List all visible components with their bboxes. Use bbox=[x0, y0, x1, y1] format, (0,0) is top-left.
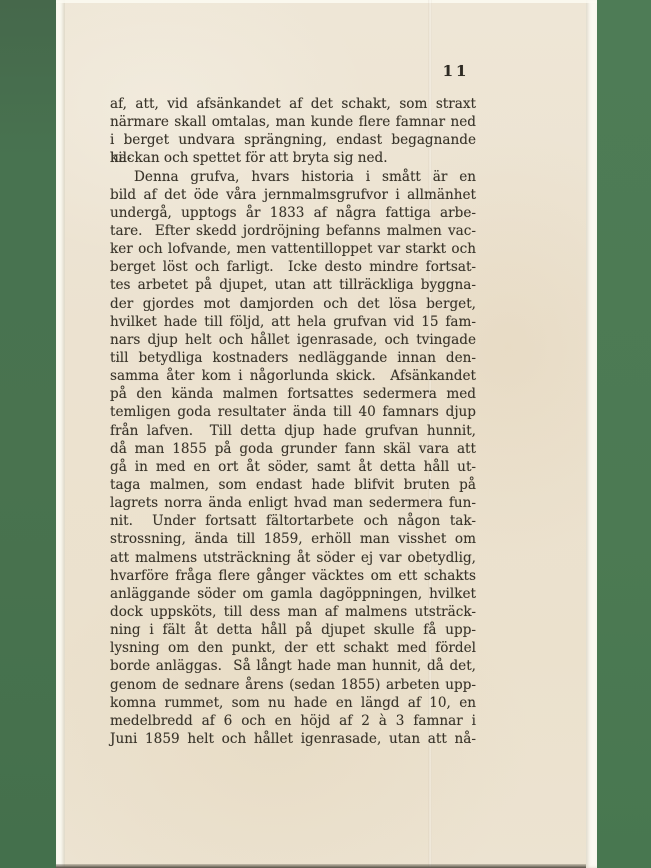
page-edge-right bbox=[586, 0, 597, 868]
text-line: hackan och spettet för att bryta sig ned… bbox=[110, 149, 476, 167]
text-line: Juni 1859 helt och hållet igenrasade, ut… bbox=[110, 730, 476, 748]
body-text: af, att, vid afsänkandet af det schakt, … bbox=[110, 95, 476, 748]
text-line: dock uppsköts, till dess man af malmens … bbox=[110, 603, 476, 621]
book-page-scan: 11 af, att, vid afsänkandet af det schak… bbox=[0, 0, 651, 868]
text-line: från lafven. Till detta djup hade grufva… bbox=[110, 422, 476, 440]
text-line: att malmens utsträckning åt söder ej var… bbox=[110, 549, 476, 567]
text-line: bild af det öde våra jernmalmsgrufvor i … bbox=[110, 186, 476, 204]
page-edge-top bbox=[56, 0, 597, 3]
text-line: genom de sednare årens (sedan 1855) arbe… bbox=[110, 676, 476, 694]
text-line: ker och lofvande, men vattentilloppet va… bbox=[110, 240, 476, 258]
text-line: komna rummet, som nu hade en längd af 10… bbox=[110, 694, 476, 712]
text-line: berget löst och farligt. Icke desto mind… bbox=[110, 258, 476, 276]
text-line: till betydliga kostnaders nedläggande in… bbox=[110, 349, 476, 367]
text-line: samma åter kom i någorlunda skick. Afsän… bbox=[110, 367, 476, 385]
text-line: närmare skall omtalas, man kunde flere f… bbox=[110, 113, 476, 131]
text-line: strossning, ända till 1859, erhöll man v… bbox=[110, 530, 476, 548]
page-edge-left bbox=[56, 0, 65, 868]
text-line: tes arbetet på djupet, utan att tillräck… bbox=[110, 276, 476, 294]
text-line: der gjordes mot damjorden och det lösa b… bbox=[110, 295, 476, 313]
text-line: nars djup helt och hållet igenrasade, oc… bbox=[110, 331, 476, 349]
text-line: anläggande söder om gamla dagöppningen, … bbox=[110, 585, 476, 603]
page-edge-bottom bbox=[56, 864, 586, 868]
text-line: af, att, vid afsänkandet af det schakt, … bbox=[110, 95, 476, 113]
text-line: Denna grufva, hvars historia i smått är … bbox=[110, 168, 476, 186]
page-number: 11 bbox=[442, 62, 470, 80]
text-line: medelbredd af 6 och en höjd af 2 à 3 fam… bbox=[110, 712, 476, 730]
text-line: tare. Efter skedd jordröjning befanns ma… bbox=[110, 222, 476, 240]
text-line: gå in med en ort åt söder, samt åt detta… bbox=[110, 458, 476, 476]
text-line: ning i fält åt detta håll på djupet skul… bbox=[110, 621, 476, 639]
scan-background-left bbox=[0, 0, 56, 868]
text-line: i berget undvara sprängning, endast bega… bbox=[110, 131, 476, 149]
text-line: taga malmen, som endast hade blifvit bru… bbox=[110, 476, 476, 494]
text-line: lagrets norra ända enligt hvad man seder… bbox=[110, 494, 476, 512]
text-line: temligen goda resultater ända till 40 fa… bbox=[110, 403, 476, 421]
text-line: lysning om den punkt, der ett schakt med… bbox=[110, 639, 476, 657]
text-line: undergå, upptogs år 1833 af några fattig… bbox=[110, 204, 476, 222]
text-line: hvarföre fråga flere gånger väcktes om e… bbox=[110, 567, 476, 585]
text-line: hvilket hade till följd, att hela grufva… bbox=[110, 313, 476, 331]
text-line: nit. Under fortsatt fältortarbete och nå… bbox=[110, 512, 476, 530]
text-line: då man 1855 på goda grunder fann skäl va… bbox=[110, 440, 476, 458]
text-line: på den kända malmen fortsattes sedermera… bbox=[110, 385, 476, 403]
text-line: borde anläggas. Så långt hade man hunnit… bbox=[110, 657, 476, 675]
scan-background-right bbox=[597, 0, 651, 868]
